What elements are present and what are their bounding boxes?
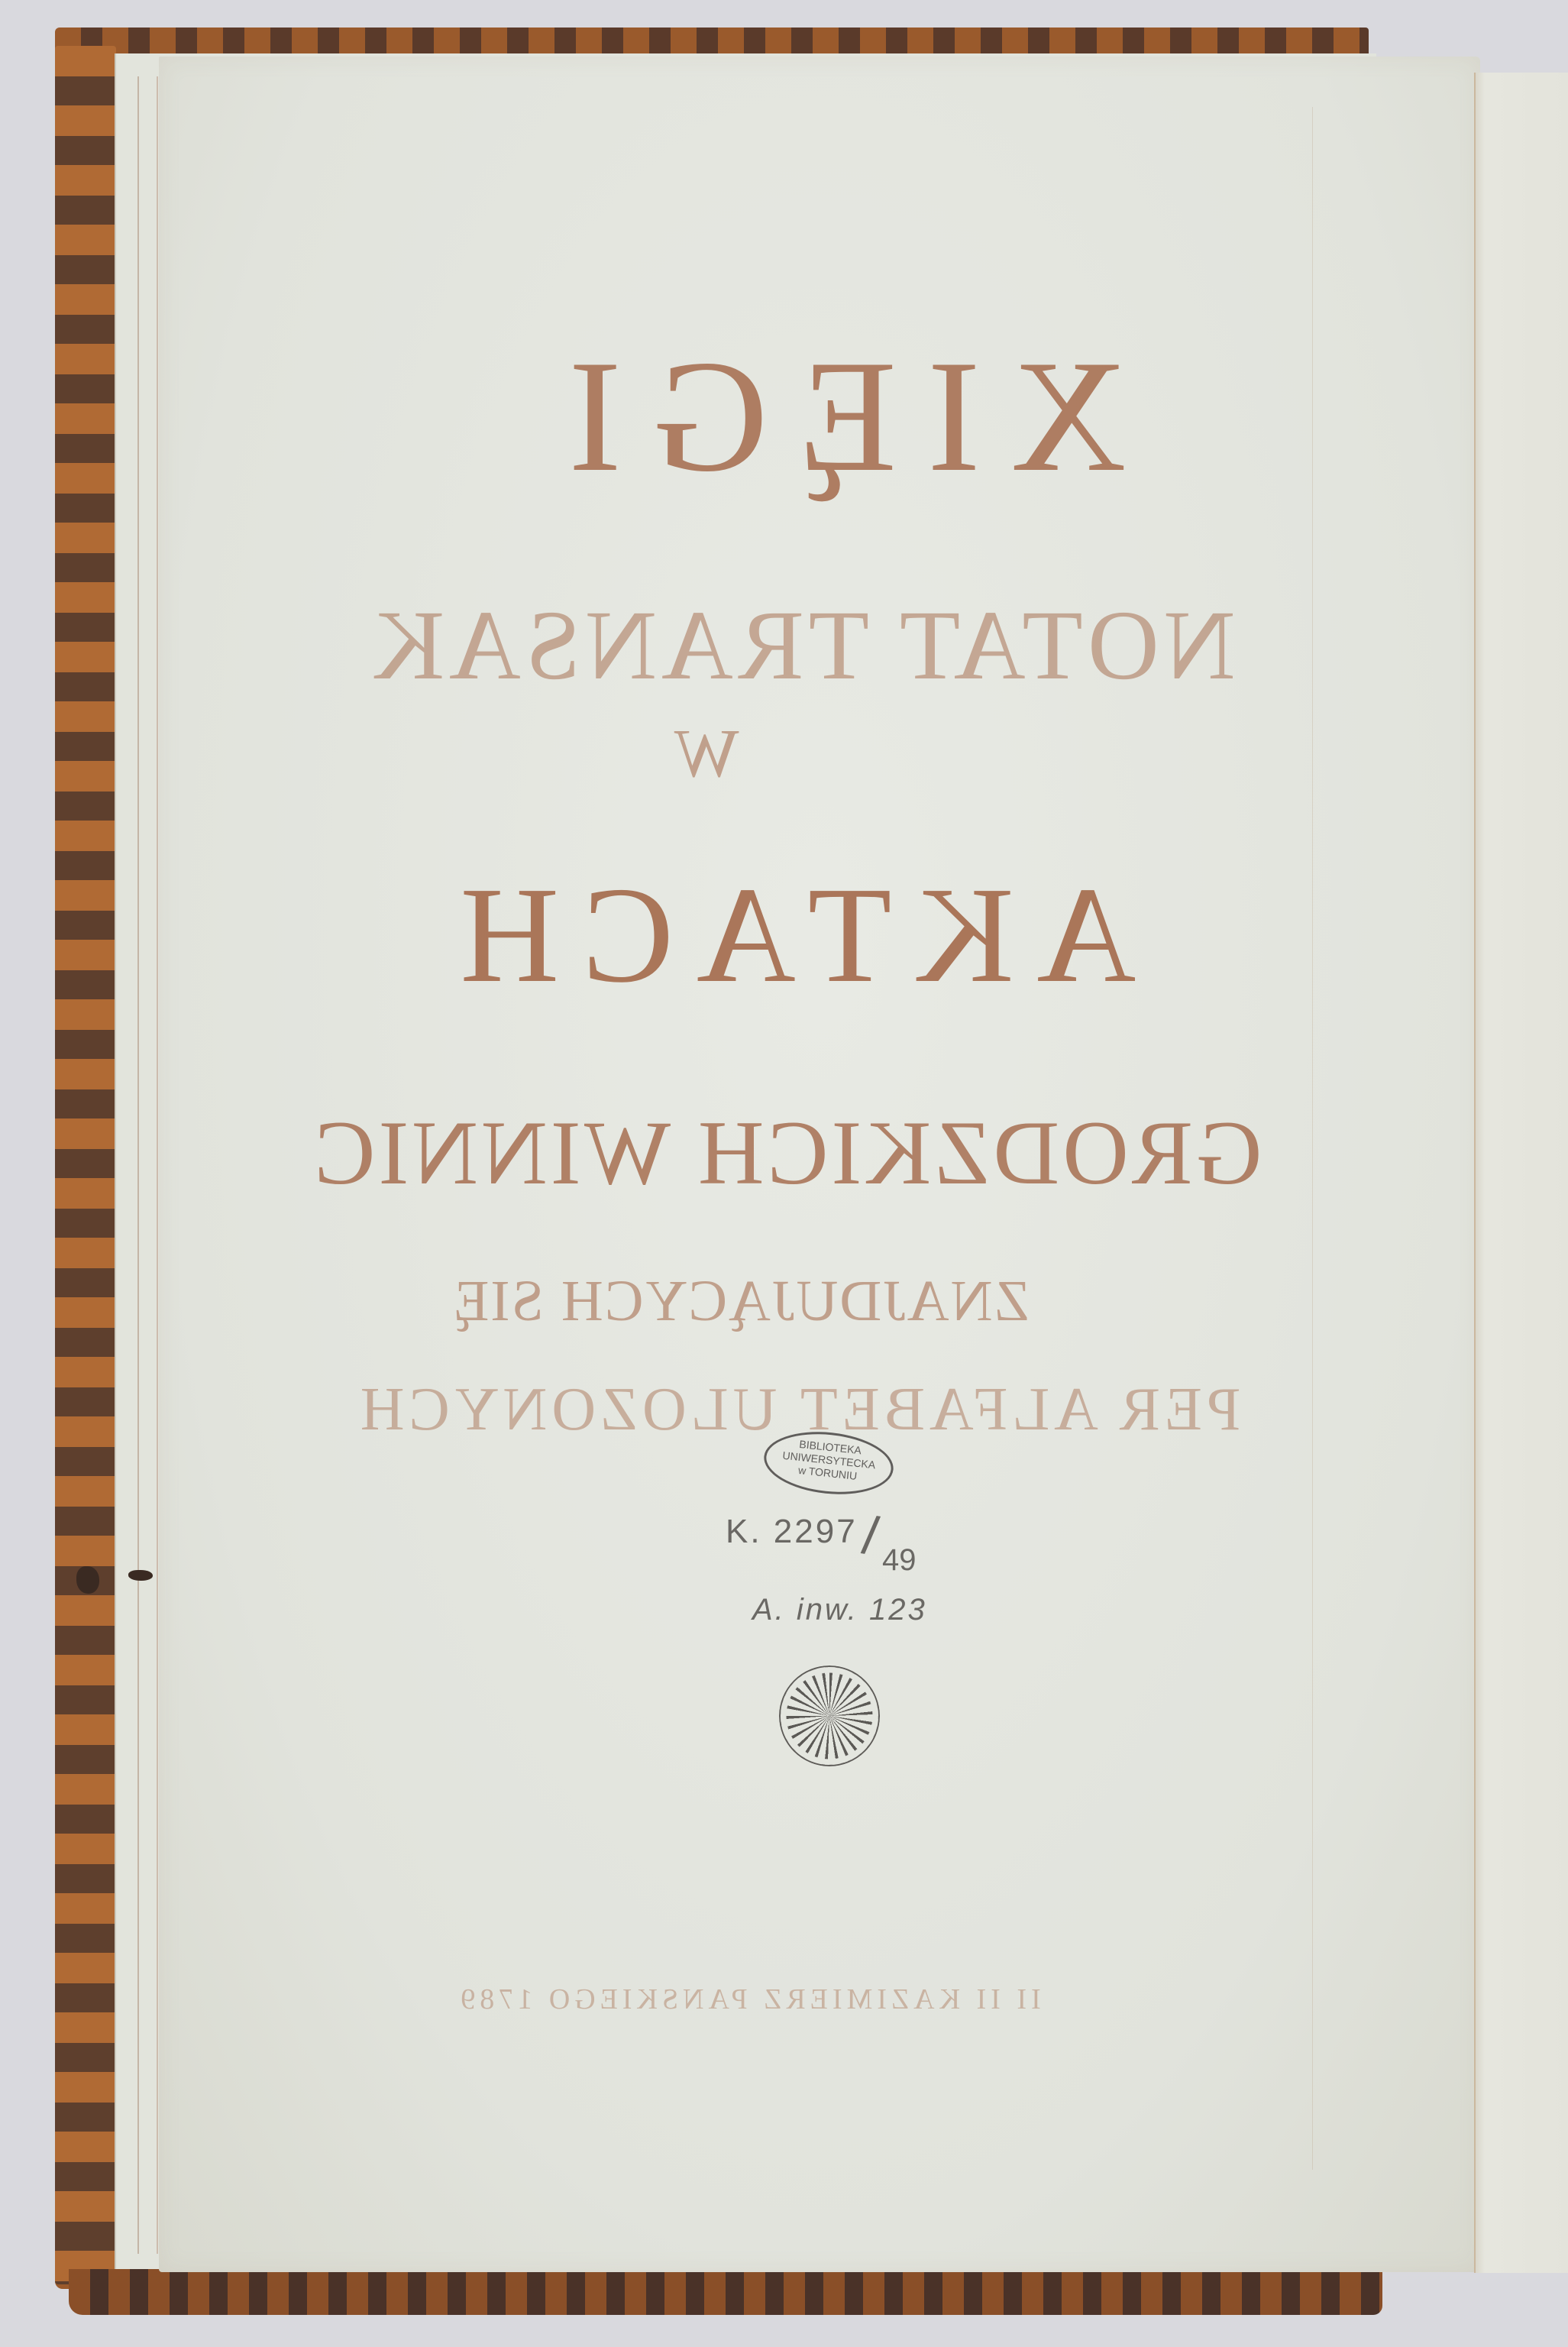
title-line-5: GRODZKICH WINNIC <box>229 1100 1344 1206</box>
call-number: K. 2297 <box>726 1513 858 1551</box>
imprint-line: II II KAZIMIERZ PANSKIEGO 1789 <box>336 1983 1161 2016</box>
title-line-2: NOTAT TRANSAK <box>260 588 1344 703</box>
flyleaf-rule-line <box>157 76 158 2254</box>
inventory-number: A. inw. 123 <box>752 1593 927 1627</box>
title-line-3: W <box>626 714 779 793</box>
title-line-4: AKTACH <box>382 856 1191 1014</box>
title-line-6: ZNAJDUJĄCYCH SIĘ <box>397 1268 1085 1335</box>
facing-page-edge <box>1474 73 1568 2273</box>
binding-hole <box>128 1570 153 1581</box>
book-spine-edge <box>55 46 116 2284</box>
flyleaf-rule-line <box>137 76 139 2254</box>
book-cover-bottom-edge <box>69 2269 1382 2315</box>
title-line-1: XIĘGI <box>412 325 1253 509</box>
call-number-sub: 49 <box>882 1543 917 1578</box>
binding-hole <box>76 1566 99 1594</box>
round-seal-stamp <box>779 1666 880 1766</box>
